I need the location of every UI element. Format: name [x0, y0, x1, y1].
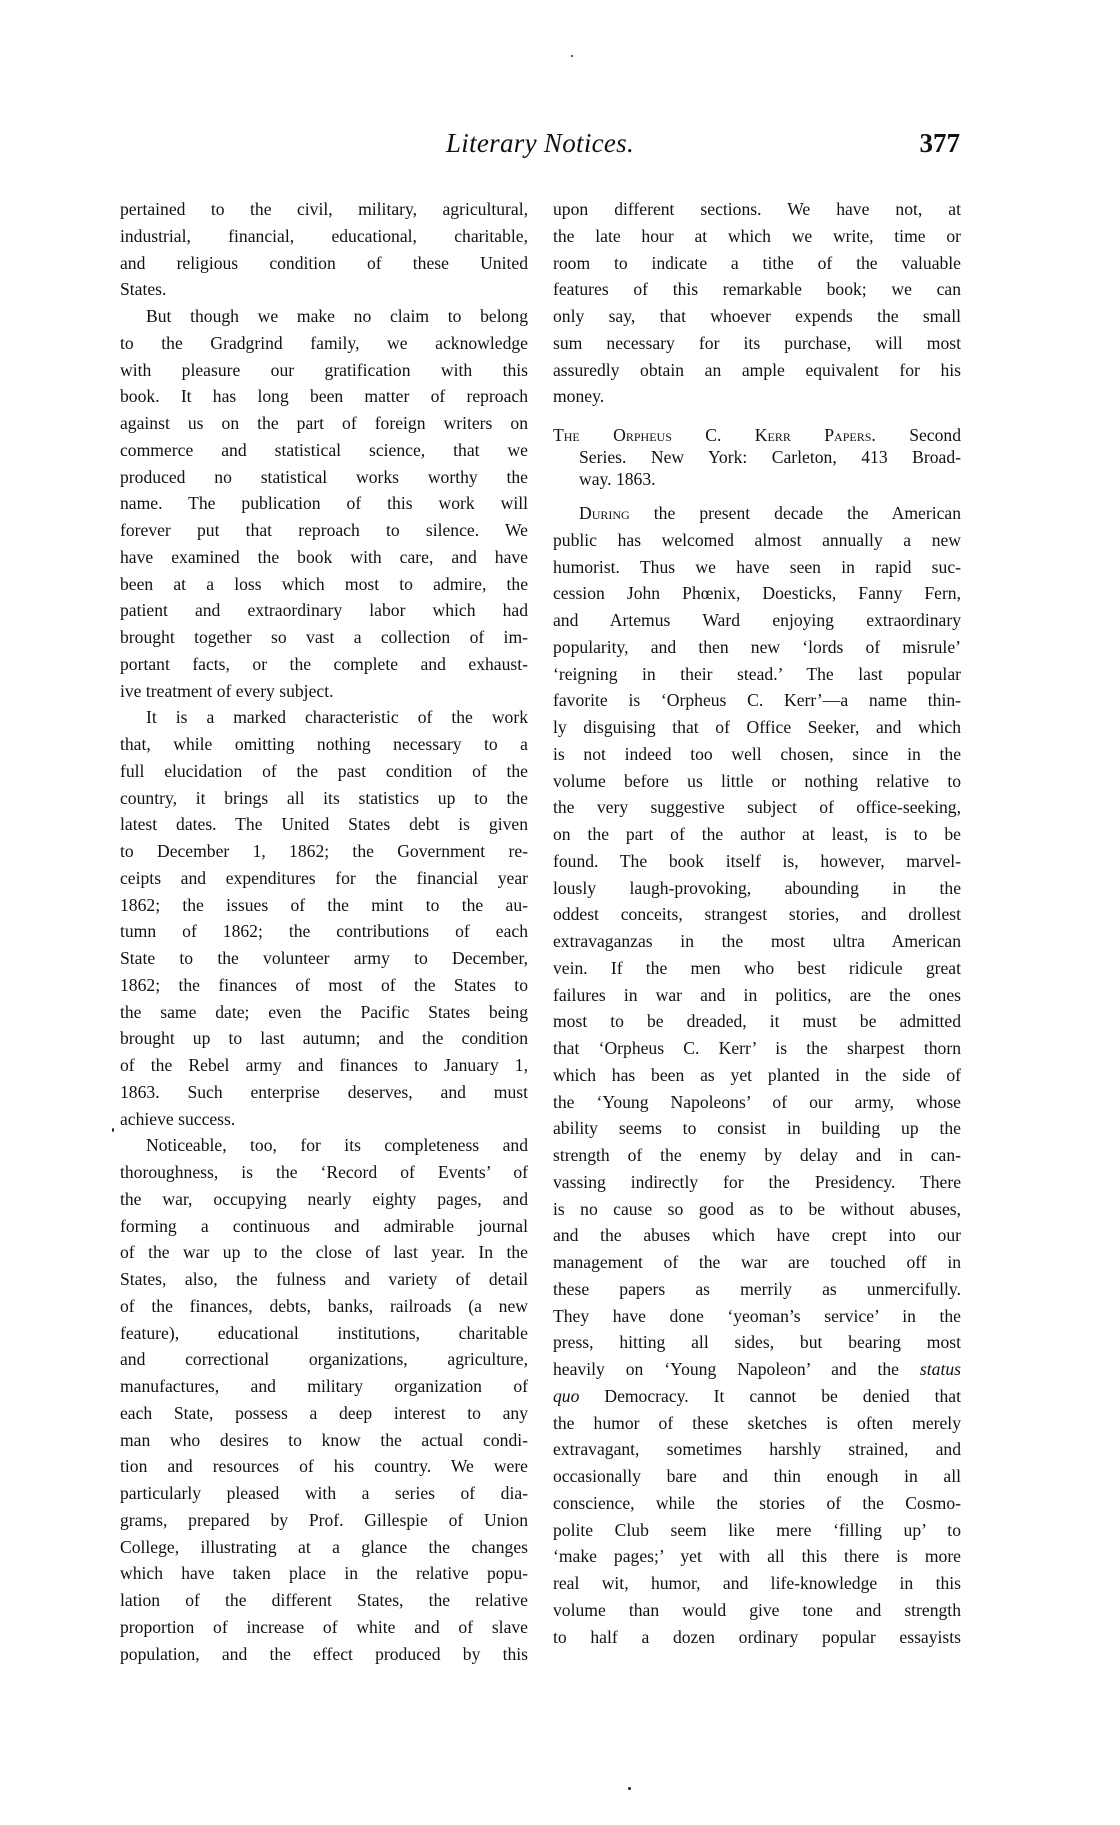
left-column: pertained to the civil, military, agricu…: [120, 196, 528, 1667]
text-line: cession John Phœnix, Doesticks, Fanny Fe…: [553, 580, 961, 607]
text-line: country, it brings all its statistics up…: [120, 785, 528, 812]
text-line: found. The book itself is, however, marv…: [553, 848, 961, 875]
text-line: But though we make no claim to belong: [120, 303, 528, 330]
text-line: favorite is ‘Orpheus C. Kerr’—a name thi…: [553, 687, 961, 714]
text-line: man who desires to know the actual condi…: [120, 1427, 528, 1454]
text-line: of the war up to the close of last year.…: [120, 1239, 528, 1266]
text-line: of the Rebel army and finances to Januar…: [120, 1052, 528, 1079]
text-line: population, and the effect produced by t…: [120, 1641, 528, 1668]
text-line: tion and resources of his country. We we…: [120, 1453, 528, 1480]
text-line: lously laugh-provoking, abounding in the: [553, 875, 961, 902]
review-heading: The Orpheus C. Kerr Papers. Second Serie…: [553, 424, 961, 490]
text-line: assuredly obtain an ample equivalent for…: [553, 357, 961, 384]
text-line: failures in war and in politics, are the…: [553, 982, 961, 1009]
text-line: tumn of 1862; the contributions of each: [120, 918, 528, 945]
text-line: book. It has long been matter of reproac…: [120, 383, 528, 410]
paragraph: But though we make no claim to belong to…: [120, 303, 528, 704]
text-line: of the finances, debts, banks, railroads…: [120, 1293, 528, 1320]
text-line: each State, possess a deep interest to a…: [120, 1400, 528, 1427]
text-line: 1862; the finances of most of the States…: [120, 972, 528, 999]
text-line: real wit, humor, and life-knowledge in t…: [553, 1570, 961, 1597]
text-line: ceipts and expenditures for the financia…: [120, 865, 528, 892]
text-line: and the abuses which have crept into our: [553, 1222, 961, 1249]
text-line: money.: [553, 383, 961, 410]
lead-word: During: [579, 503, 630, 523]
text-line: the war, occupying nearly eighty pages, …: [120, 1186, 528, 1213]
text-line: quo Democracy. It cannot be denied that: [553, 1383, 961, 1410]
review-heading-line: way. 1863.: [553, 468, 961, 490]
text-line: these papers as merrily as unmercifully.: [553, 1276, 961, 1303]
text-span: heavily on ‘Young Napoleon’ and the: [553, 1359, 899, 1379]
paragraph: Noticeable, too, for its completeness an…: [120, 1132, 528, 1667]
text-line: forming a continuous and admirable journ…: [120, 1213, 528, 1240]
italic-term: status: [920, 1359, 961, 1379]
text-line: brought up to last autumn; and the condi…: [120, 1025, 528, 1052]
text-line: grams, prepared by Prof. Gillespie of Un…: [120, 1507, 528, 1534]
text-line: brought together so vast a collection of…: [120, 624, 528, 651]
text-line: full elucidation of the past condition o…: [120, 758, 528, 785]
text-line: portant facts, or the complete and exhau…: [120, 651, 528, 678]
text-line: States.: [120, 276, 528, 303]
review-series: Second: [909, 425, 961, 445]
text-line: forever put that reproach to silence. We: [120, 517, 528, 544]
paragraph: pertained to the civil, military, agricu…: [120, 196, 528, 303]
text-line: conscience, while the stories of the Cos…: [553, 1490, 961, 1517]
text-line: produced no statistical works worthy the: [120, 464, 528, 491]
text-line: ‘reigning in their stead.’ The last popu…: [553, 661, 961, 688]
text-line: It is a marked characteristic of the wor…: [120, 704, 528, 731]
text-line: press, hitting all sides, but bearing mo…: [553, 1329, 961, 1356]
text-line: been at a loss which most to admire, the: [120, 571, 528, 598]
text-line: is no cause so good as to be without abu…: [553, 1196, 961, 1223]
page-number: 377: [920, 128, 961, 159]
text-span: the present decade the American: [654, 503, 961, 523]
text-line: popularity, and then new ‘lords of misru…: [553, 634, 961, 661]
text-line: industrial, financial, educational, char…: [120, 223, 528, 250]
text-line: the humor of these sketches is often mer…: [553, 1410, 961, 1437]
text-line: to half a dozen ordinary popular essayis…: [553, 1624, 961, 1651]
text-line: commerce and statistical science, that w…: [120, 437, 528, 464]
review-book-title: The Orpheus C. Kerr Papers.: [553, 425, 876, 445]
text-line: room to indicate a tithe of the valuable: [553, 250, 961, 277]
text-line: ive treatment of every subject.: [120, 678, 528, 705]
text-line: management of the war are touched off in: [553, 1249, 961, 1276]
text-line: ability seems to consist in building up …: [553, 1115, 961, 1142]
text-line: public has welcomed almost annually a ne…: [553, 527, 961, 554]
text-line: latest dates. The United States debt is …: [120, 811, 528, 838]
text-line: sum necessary for its purchase, will mos…: [553, 330, 961, 357]
paragraph: It is a marked characteristic of the wor…: [120, 704, 528, 1132]
text-line: oddest conceits, strangest stories, and …: [553, 901, 961, 928]
text-line: Noticeable, too, for its completeness an…: [120, 1132, 528, 1159]
scan-speck: [571, 55, 573, 57]
text-line: the very suggestive subject of office-se…: [553, 794, 961, 821]
text-line: volume before us little or nothing relat…: [553, 768, 961, 795]
text-line: vein. If the men who best ridicule great: [553, 955, 961, 982]
text-line: particularly pleased with a series of di…: [120, 1480, 528, 1507]
text-line: which has been as yet planted in the sid…: [553, 1062, 961, 1089]
section-gap: [553, 490, 961, 500]
text-line: proportion of increase of white and of s…: [120, 1614, 528, 1641]
text-line: strength of the enemy by delay and in ca…: [553, 1142, 961, 1169]
right-column: upon different sections. We have not, at…: [553, 196, 961, 1650]
text-line: States, also, the fulness and variety of…: [120, 1266, 528, 1293]
text-line: features of this remarkable book; we can: [553, 276, 961, 303]
text-line: 1862; the issues of the mint to the au-: [120, 892, 528, 919]
text-line: with pleasure our gratification with thi…: [120, 357, 528, 384]
text-line: volume than would give tone and strength: [553, 1597, 961, 1624]
review-body: During the present decade the American p…: [553, 500, 961, 1650]
section-gap: [553, 410, 961, 424]
text-line: most to be dreaded, it must be admitted: [553, 1008, 961, 1035]
text-line: that, while omitting nothing necessary t…: [120, 731, 528, 758]
paragraph: upon different sections. We have not, at…: [553, 196, 961, 410]
text-line: against us on the part of foreign writer…: [120, 410, 528, 437]
text-line: extravaganzas in the most ultra American: [553, 928, 961, 955]
text-line: the ‘Young Napoleons’ of our army, whose: [553, 1089, 961, 1116]
text-line: the late hour at which we write, time or: [553, 223, 961, 250]
text-line: During the present decade the American: [553, 500, 961, 527]
text-line: thoroughness, is the ‘Record of Events’ …: [120, 1159, 528, 1186]
book-page: Literary Notices. 377 pertained to the c…: [0, 0, 1120, 1825]
text-line: College, illustrating at a glance the ch…: [120, 1534, 528, 1561]
text-line: the same date; even the Pacific States b…: [120, 999, 528, 1026]
text-line: name. The publication of this work will: [120, 490, 528, 517]
text-line: heavily on ‘Young Napoleon’ and the stat…: [553, 1356, 961, 1383]
text-line: ly disguising that of Office Seeker, and…: [553, 714, 961, 741]
text-line: achieve success.: [120, 1106, 528, 1133]
text-line: pertained to the civil, military, agricu…: [120, 196, 528, 223]
text-line: that ‘Orpheus C. Kerr’ is the sharpest t…: [553, 1035, 961, 1062]
text-line: which have taken place in the relative p…: [120, 1560, 528, 1587]
review-heading-line: Series. New York: Carleton, 413 Broad-: [553, 446, 961, 468]
text-line: They have done ‘yeoman’s service’ in the: [553, 1303, 961, 1330]
running-title: Literary Notices.: [120, 128, 960, 159]
text-line: only say, that whoever expends the small: [553, 303, 961, 330]
text-line: to December 1, 1862; the Government re-: [120, 838, 528, 865]
text-line: humorist. Thus we have seen in rapid suc…: [553, 554, 961, 581]
text-line: occasionally bare and thin enough in all: [553, 1463, 961, 1490]
text-line: ‘make pages;’ yet with all this there is…: [553, 1543, 961, 1570]
text-line: patient and extraordinary labor which ha…: [120, 597, 528, 624]
text-line: 1863. Such enterprise deserves, and must: [120, 1079, 528, 1106]
text-line: on the part of the author at least, is t…: [553, 821, 961, 848]
scan-speck: [628, 1787, 631, 1790]
text-line: feature), educational institutions, char…: [120, 1320, 528, 1347]
scan-speck: [112, 1128, 114, 1132]
text-line: extravagant, sometimes harshly strained,…: [553, 1436, 961, 1463]
text-line: polite Club seem like mere ‘filling up’ …: [553, 1517, 961, 1544]
text-line: and religious condition of these United: [120, 250, 528, 277]
text-line: manufactures, and military organization …: [120, 1373, 528, 1400]
text-line: is not indeed too well chosen, since in …: [553, 741, 961, 768]
text-line: and correctional organizations, agricult…: [120, 1346, 528, 1373]
text-line: to the Gradgrind family, we acknowledge: [120, 330, 528, 357]
text-line: State to the volunteer army to December,: [120, 945, 528, 972]
text-line: lation of the different States, the rela…: [120, 1587, 528, 1614]
italic-term: quo: [553, 1386, 579, 1406]
running-head: Literary Notices. 377: [120, 128, 960, 168]
text-span: Democracy. It cannot be denied that: [604, 1386, 961, 1406]
text-line: upon different sections. We have not, at: [553, 196, 961, 223]
review-heading-line: The Orpheus C. Kerr Papers. Second: [553, 424, 961, 446]
text-line: have examined the book with care, and ha…: [120, 544, 528, 571]
text-line: and Artemus Ward enjoying extraordinary: [553, 607, 961, 634]
text-line: vassing indirectly for the Presidency. T…: [553, 1169, 961, 1196]
